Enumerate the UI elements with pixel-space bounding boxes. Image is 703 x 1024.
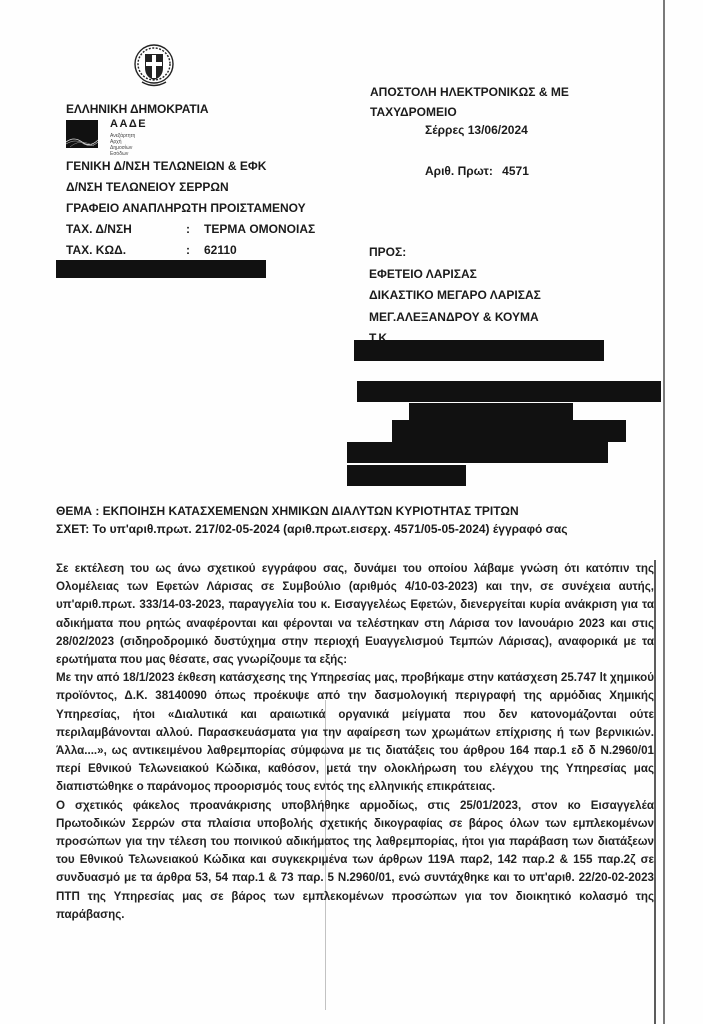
body-paragraph-1: Σε εκτέλεση του ως άνω σχετικού εγγράφου… (56, 560, 654, 669)
aade-logo-icon (66, 120, 98, 148)
redaction-bar (357, 381, 661, 402)
subject-block: ΘΕΜΑ : ΕΚΠΟΙΗΣΗ ΚΑΤΑΣΧΕΜΕΝΩΝ ΧΗΜΙΚΩΝ ΔΙΑ… (56, 502, 568, 538)
letter-body: Σε εκτέλεση του ως άνω σχετικού εγγράφου… (56, 560, 654, 924)
republic-title: ΕΛΛΗΝΙΚΗ ΔΗΜΟΚΡΑΤΙΑ (66, 100, 208, 118)
greek-coat-of-arms-icon (132, 42, 176, 90)
postcode-row: ΤΑΧ. ΚΩΔ. : 62110 (66, 240, 315, 261)
delivery-method: ΑΠΟΣΤΟΛΗ ΗΛΕΚΤΡΟΝΙΚΩΣ & ΜΕ ΤΑΧΥΔΡΟΜΕΙΟ (370, 82, 569, 122)
agency-short-name: ΑΑΔΕ (110, 118, 147, 130)
body-paragraph-2: Με την από 18/1/2023 έκθεση κατάσχεσης τ… (56, 669, 654, 796)
directorate-general: ΓΕΝΙΚΗ Δ/ΝΣΗ ΤΕΛΩΝΕΙΩΝ & ΕΦΚ (66, 156, 315, 177)
postcode-label: ΤΑΧ. ΚΩΔ. (66, 240, 186, 261)
redaction-bar (354, 340, 604, 361)
agency-subtitle: Ανεξάρτητη Αρχή Δημοσίων Εσόδων (110, 133, 135, 157)
organization-block: ΓΕΝΙΚΗ Δ/ΝΣΗ ΤΕΛΩΝΕΙΩΝ & ΕΦΚ Δ/ΝΣΗ ΤΕΛΩΝ… (66, 156, 315, 261)
protocol-label: Αριθ. Πρωτ: (425, 164, 493, 178)
protocol-number-row: Αριθ. Πρωτ: 4571 (425, 164, 529, 178)
redaction-bar (347, 442, 608, 463)
scan-line-body-right (654, 560, 656, 1024)
redaction-bar (392, 420, 626, 442)
agency-subtitle-line1: Ανεξάρτητη Αρχή (110, 133, 135, 145)
document-page: ΕΛΛΗΝΙΚΗ ΔΗΜΟΚΡΑΤΙΑ ΑΑΔΕ Ανεξάρτητη Αρχή… (0, 0, 703, 1024)
recipient-line2: ΔΙΚΑΣΤΙΚΟ ΜΕΓΑΡΟ ΛΑΡΙΣΑΣ (369, 285, 541, 307)
scan-line-right (663, 0, 665, 1024)
postcode-value: 62110 (204, 240, 237, 261)
subject-title: ΘΕΜΑ : ΕΚΠΟΙΗΣΗ ΚΑΤΑΣΧΕΜΕΝΩΝ ΧΗΜΙΚΩΝ ΔΙΑ… (56, 502, 568, 520)
recipient-block: ΠΡΟΣ: ΕΦΕΤΕΙΟ ΛΑΡΙΣΑΣ ΔΙΚΑΣΤΙΚΟ ΜΕΓΑΡΟ Λ… (369, 242, 541, 350)
address-separator: : (186, 219, 204, 240)
address-value: ΤΕΡΜΑ ΟΜΟΝΟΙΑΣ (204, 219, 315, 240)
address-row: ΤΑΧ. Δ/ΝΣΗ : ΤΕΡΜΑ ΟΜΟΝΟΙΑΣ (66, 219, 315, 240)
redaction-bar (347, 465, 466, 486)
office: ΓΡΑΦΕΙΟ ΑΝΑΠΛΗΡΩΤΗ ΠΡΟΙΣΤΑΜΕΝΟΥ (66, 198, 315, 219)
recipient-line3: ΜΕΓ.ΑΛΕΞΑΝΔΡΟΥ & ΚΟΥΜΑ (369, 307, 541, 329)
recipient-line1: ΕΦΕΤΕΙΟ ΛΑΡΙΣΑΣ (369, 264, 541, 286)
delivery-line1: ΑΠΟΣΤΟΛΗ ΗΛΕΚΤΡΟΝΙΚΩΣ & ΜΕ (370, 82, 569, 102)
body-paragraph-3: Ο σχετικός φάκελος προανάκρισης υποβλήθη… (56, 797, 654, 924)
redaction-bar (409, 403, 573, 421)
place-date: Σέρρες 13/06/2024 (425, 123, 528, 137)
recipient-to-label: ΠΡΟΣ: (369, 242, 541, 264)
postcode-separator: : (186, 240, 204, 261)
address-label: ΤΑΧ. Δ/ΝΣΗ (66, 219, 186, 240)
subject-reference: ΣΧΕΤ: Το υπ'αριθ.πρωτ. 217/02-05-2024 (α… (56, 520, 568, 538)
protocol-number: 4571 (502, 164, 529, 178)
delivery-line2: ΤΑΧΥΔΡΟΜΕΙΟ (370, 102, 569, 122)
directorate: Δ/ΝΣΗ ΤΕΛΩΝΕΙΟΥ ΣΕΡΡΩΝ (66, 177, 315, 198)
redaction-bar (56, 260, 266, 278)
